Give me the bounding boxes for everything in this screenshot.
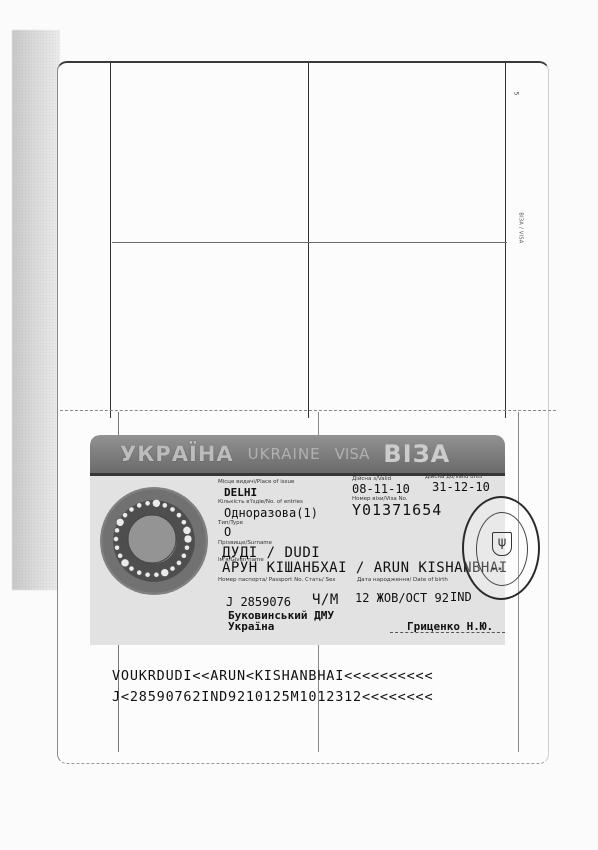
header-visa-ua: ВІЗА — [383, 440, 450, 468]
signature-line — [390, 632, 505, 633]
grid-line — [505, 63, 506, 418]
value-entries: Однорaзова(1) — [224, 506, 318, 520]
visa-header-band: УКРАЇНА UKRAINE VISA ВІЗА — [90, 435, 505, 473]
grid-line — [308, 63, 309, 418]
value-valid-from: 08-11-10 — [352, 482, 410, 496]
grid-line — [110, 63, 111, 418]
value-valid-until: 31-12-10 — [432, 480, 490, 494]
scan-edge-shadow — [12, 30, 60, 590]
label-place-of-issue: Місце видачі/Place of issue — [218, 479, 294, 485]
value-place-of-issue: DELHI — [224, 486, 257, 499]
grid-line — [112, 242, 507, 243]
label-sex: Стать/ Sex — [305, 577, 336, 583]
value-nationality: IND — [450, 590, 472, 604]
page-number: 5 — [512, 92, 519, 96]
value-date-of-birth: 12 ЖОВ/OCT 92 — [355, 591, 449, 605]
trident-icon: ψ — [492, 532, 512, 556]
side-label: ВІЗА / VISA — [518, 212, 524, 243]
label-entries: Кількість в'їздів/No. of entries — [218, 499, 303, 505]
label-passport-no: Номер паспорта/ Passport No. — [218, 577, 303, 583]
header-visa-en: VISA — [335, 445, 370, 463]
header-country-en: UKRAINE — [248, 445, 321, 463]
value-sex: Ч/М — [312, 592, 339, 608]
mrz-line-1: VOUKRDUDI<<ARUN<KISHANBHAI<<<<<<<<<< — [112, 668, 433, 684]
stamp-stars: * * — [492, 566, 502, 574]
value-type: О — [224, 525, 231, 539]
embassy-stamp: ψ * * — [462, 496, 540, 600]
label-date-of-birth: Дата народження/ Date of birth — [357, 577, 448, 583]
value-passport-no: J 2859076 — [226, 595, 291, 609]
header-country-ua: УКРАЇНА — [120, 442, 234, 466]
value-visa-number: Y01371654 — [352, 501, 442, 519]
emblem-dots-icon — [100, 487, 204, 591]
value-remarks-country: Україна — [228, 620, 274, 633]
passport-page — [57, 61, 549, 764]
mrz-line-2: J<28590762IND9210125M1012312<<<<<<<< — [112, 689, 433, 705]
fold-line — [60, 410, 556, 411]
